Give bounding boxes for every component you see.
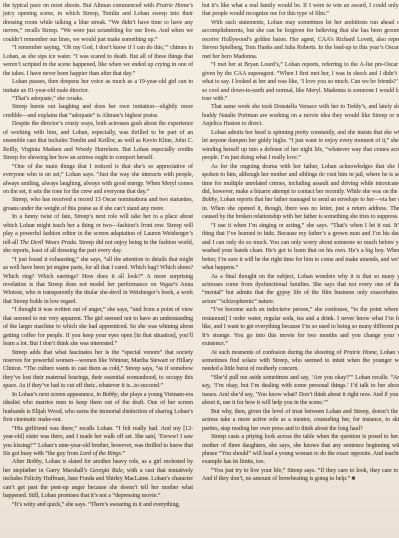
italic-title-text: Georgia Rule (90, 468, 123, 474)
article-paragraph: “That’s adequate,” she croaks. (3, 95, 193, 103)
article-paragraph: “It’s witty and quick,” she says. “There… (3, 501, 193, 509)
magazine-article-page: the typical pace on most shoots. But Alt… (0, 0, 399, 538)
article-paragraph: “I remember saying, ‘Oh my God, I don’t … (3, 44, 193, 78)
article-paragraph: After Bobby, Lohan is slated for another… (3, 458, 193, 500)
italic-title-text: Lord of the Rings (80, 451, 121, 457)
article-paragraph: “I thought it was written out of anger,”… (3, 306, 193, 348)
article-paragraph: In a funny twist of fate, Streep’s next … (3, 213, 193, 255)
article-paragraph: Lohan pauses, then deepens her voice as … (3, 78, 193, 95)
article-paragraph: “I use it when I’m singing or acting,” s… (202, 222, 399, 273)
article-paragraph: “His girlfriend was there,” recalls Loha… (3, 425, 193, 459)
italic-title-text: Bobby (27, 459, 42, 465)
italic-title-text: Bobby (102, 392, 117, 398)
article-paragraph: the typical pace on most shoots. But Alt… (3, 2, 193, 44)
article-paragraph: At such moments of confusion during the … (202, 349, 399, 374)
text-column-left: the typical pace on most shoots. But Alt… (3, 2, 193, 509)
article-paragraph: That same week she took Donatella Versac… (202, 103, 399, 128)
article-paragraph: Streep adds that what fascinates her is … (3, 349, 193, 391)
article-paragraph: As a final thought on the subject, Lohan… (202, 273, 399, 307)
italic-title-text: Bobby (202, 197, 217, 203)
article-paragraph: Despite the director’s crusty ways, both… (3, 120, 193, 162)
article-paragraph: but it’s like what a real family would b… (202, 2, 399, 19)
article-paragraph: Streep casts a pitying look across the t… (202, 433, 399, 467)
article-paragraph: “I’ve become such an indecisive person,”… (202, 306, 399, 348)
article-paragraph: With such statements, Lohan may sometime… (202, 19, 399, 61)
italic-title-text: Vogue (159, 282, 173, 288)
italic-title-text: The Devil Wears Prada (20, 240, 76, 246)
article-paragraph: But why, then, given the level of trust … (202, 408, 399, 433)
italic-title-text: Prairie Home (343, 350, 376, 356)
article-paragraph: “I just found it exhausting,” she says, … (3, 256, 193, 307)
article-paragraph: “You just try to live your life,” Streep… (202, 467, 399, 484)
article-paragraph: “I met her at Bryan Lourd’s,” Lohan repo… (202, 61, 399, 103)
article-paragraph: Streep, who has received a record 13 Osc… (3, 196, 193, 213)
text-column-right: but it’s like what a real family would b… (202, 2, 399, 484)
article-paragraph: Lohan admits her head is spinning pretty… (202, 129, 399, 163)
italic-title-text: Prairie Home (156, 3, 189, 9)
article-paragraph: “She’d pull me aside sometimes and say, … (202, 374, 399, 408)
article-paragraph: “One of the main things that I noticed i… (3, 163, 193, 197)
article-paragraph: As for the ongoing drama with her father… (202, 163, 399, 222)
article-paragraph: In Lohan’s next screen appearance, in Bo… (3, 391, 193, 425)
article-paragraph: Streep bursts out laughing and does her … (3, 103, 193, 120)
